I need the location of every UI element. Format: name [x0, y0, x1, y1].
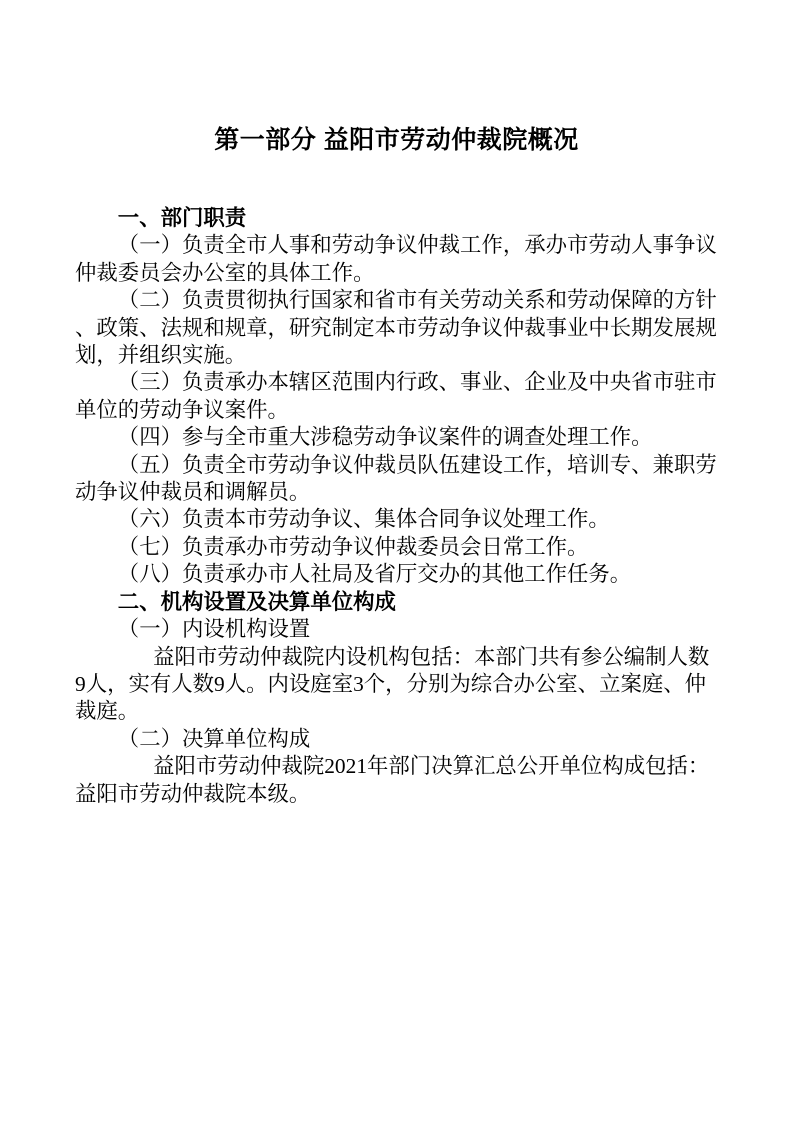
section-heading-org-structure: 二、机构设置及决算单位构成: [75, 589, 722, 616]
para-duty-7: （七）负责承办市劳动争议仲裁委员会日常工作。: [75, 534, 722, 561]
document-body: 一、部门职责 （一）负责全市人事和劳动争议仲裁工作，承办市劳动人事争议 仲裁委员…: [75, 205, 722, 808]
para-duty-8: （八）负责承办市人社局及省厅交办的其他工作任务。: [75, 561, 722, 588]
para-internal-org-detail: 益阳市劳动仲裁院内设机构包括：本部门共有参公编制人数 9人，实有人数9人。内设庭…: [75, 644, 722, 726]
para-duty-2: （二）负责贯彻执行国家和省市有关劳动关系和劳动保障的方针 、政策、法规和规章，研…: [75, 287, 722, 369]
page-title: 第一部分 益阳市劳动仲裁院概况: [0, 126, 793, 154]
para-budget-unit-detail: 益阳市劳动仲裁院2021年部门决算汇总公开单位构成包括： 益阳市劳动仲裁院本级。: [75, 753, 722, 808]
para-duty-6: （六）负责本市劳动争议、集体合同争议处理工作。: [75, 506, 722, 533]
para-duty-4: （四）参与全市重大涉稳劳动争议案件的调查处理工作。: [75, 424, 722, 451]
para-duty-5: （五）负责全市劳动争议仲裁员队伍建设工作，培训专、兼职劳 动争议仲裁员和调解员。: [75, 452, 722, 507]
section-heading-department-duties: 一、部门职责: [75, 205, 722, 232]
para-duty-3: （三）负责承办本辖区范围内行政、事业、企业及中央省市驻市 单位的劳动争议案件。: [75, 369, 722, 424]
para-budget-unit-subtitle: （二）决算单位构成: [75, 726, 722, 753]
para-duty-1: （一）负责全市人事和劳动争议仲裁工作，承办市劳动人事争议 仲裁委员会办公室的具体…: [75, 232, 722, 287]
para-internal-org-subtitle: （一）内设机构设置: [75, 616, 722, 643]
document-page: 第一部分 益阳市劳动仲裁院概况 一、部门职责 （一）负责全市人事和劳动争议仲裁工…: [0, 0, 793, 1122]
